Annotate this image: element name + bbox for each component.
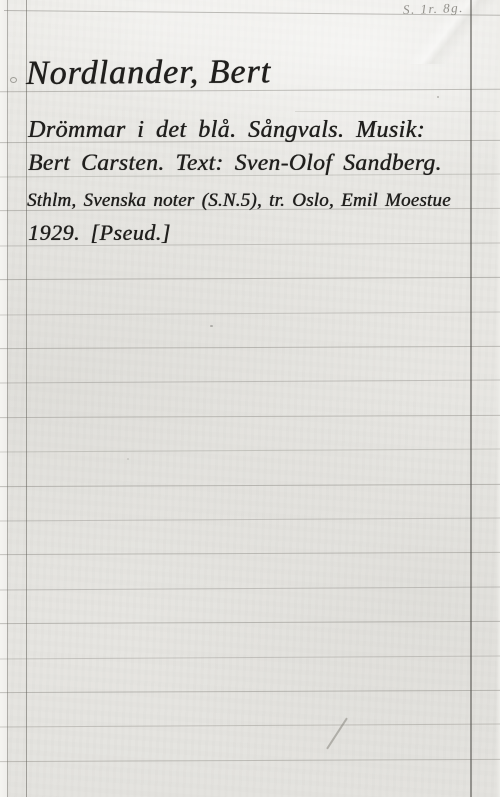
right-margin-line	[470, 0, 472, 797]
ruled-line	[0, 621, 500, 624]
ruled-line	[0, 552, 500, 555]
pencil-dot-mark	[10, 77, 17, 83]
ruled-line	[0, 449, 500, 453]
ruled-line	[0, 346, 500, 349]
body-line-4: 1929. [Pseud.]	[28, 222, 171, 244]
body-line-3: Sthlm, Svenska noter (S.N.5), tr. Oslo, …	[27, 191, 451, 210]
ruled-line	[0, 586, 500, 590]
body-line-1: Drömmar i det blå. Sångvals. Musik:	[28, 118, 425, 142]
shelfmark-annotation: S. 1r. 8g.	[403, 0, 464, 18]
left-margin-line	[26, 0, 27, 797]
ruled-line	[0, 724, 500, 728]
pencil-slash-mark	[326, 717, 348, 749]
paper-speck	[127, 458, 129, 460]
card-left-edge-line	[7, 0, 8, 797]
ruled-line	[0, 415, 500, 418]
paper-speck	[210, 325, 213, 327]
card-heading: Nordlander, Bert	[26, 55, 271, 91]
ruled-line	[0, 483, 500, 486]
scan-edge-left	[0, 0, 7, 797]
ruled-line	[0, 311, 500, 315]
ruled-line	[0, 277, 500, 280]
scanned-catalog-card: S. 1r. 8g. Nordlander, Bert Drömmar i de…	[0, 0, 500, 797]
body-line-2: Bert Carsten. Text: Sven-Olof Sandberg.	[28, 152, 442, 176]
ruled-line	[0, 380, 500, 384]
ruled-line	[0, 655, 500, 659]
ruled-line	[0, 759, 500, 762]
paper-speck	[437, 96, 439, 98]
ruled-line	[0, 517, 500, 521]
scan-edge-right	[496, 0, 500, 797]
ruled-line	[0, 690, 500, 693]
